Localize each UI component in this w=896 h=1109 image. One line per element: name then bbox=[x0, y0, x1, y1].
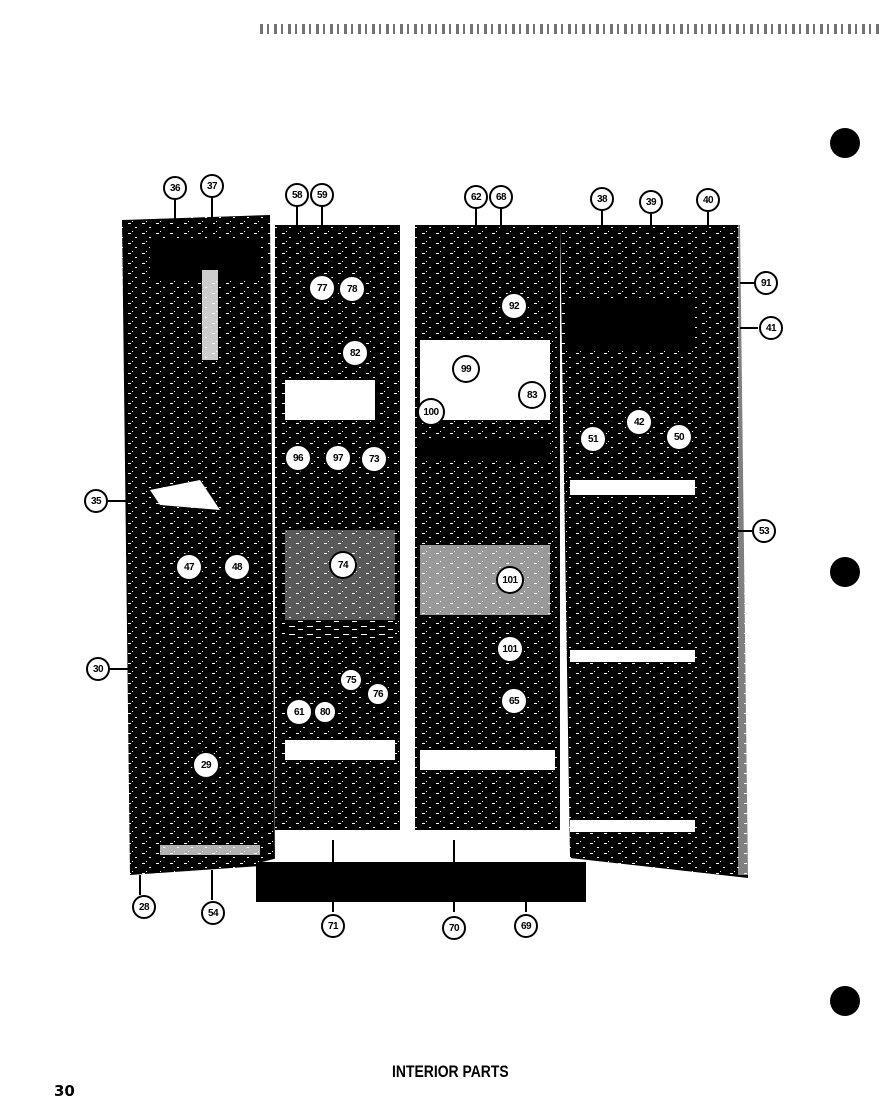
callout-29: 29 bbox=[194, 753, 218, 777]
callout-35: 35 bbox=[84, 489, 108, 513]
callout-37: 37 bbox=[200, 174, 224, 198]
callout-54: 54 bbox=[201, 901, 225, 925]
page-number: 30 bbox=[54, 1082, 75, 1100]
callout-73: 73 bbox=[362, 447, 386, 471]
callout-80: 80 bbox=[313, 700, 337, 724]
callout-61: 61 bbox=[287, 700, 311, 724]
callout-40: 40 bbox=[696, 188, 720, 212]
callout-51: 51 bbox=[581, 427, 605, 451]
callout-70: 70 bbox=[442, 916, 466, 940]
callout-41: 41 bbox=[759, 316, 783, 340]
callout-30: 30 bbox=[86, 657, 110, 681]
callout-78: 78 bbox=[340, 277, 364, 301]
callout-65: 65 bbox=[502, 689, 526, 713]
callout-59: 59 bbox=[310, 183, 334, 207]
callout-62: 62 bbox=[464, 185, 488, 209]
callout-75: 75 bbox=[339, 668, 363, 692]
callout-39: 39 bbox=[639, 190, 663, 214]
callout-97: 97 bbox=[326, 446, 350, 470]
callout-82: 82 bbox=[343, 341, 367, 365]
callout-74: 74 bbox=[331, 553, 355, 577]
callout-48: 48 bbox=[225, 555, 249, 579]
callout-28: 28 bbox=[132, 895, 156, 919]
callout-69: 69 bbox=[514, 914, 538, 938]
callout-77: 77 bbox=[310, 276, 334, 300]
callout-76: 76 bbox=[366, 682, 390, 706]
callout-92: 92 bbox=[502, 294, 526, 318]
callout-83: 83 bbox=[520, 383, 544, 407]
callout-101-lower: 101 bbox=[498, 637, 522, 661]
callout-38: 38 bbox=[590, 187, 614, 211]
callout-50: 50 bbox=[667, 425, 691, 449]
callout-36: 36 bbox=[163, 176, 187, 200]
callout-42: 42 bbox=[627, 410, 651, 434]
callout-101-upper: 101 bbox=[498, 568, 522, 592]
callout-47: 47 bbox=[177, 555, 201, 579]
callout-96: 96 bbox=[286, 446, 310, 470]
callout-99: 99 bbox=[454, 357, 478, 381]
refrigerator-interior-diagram bbox=[0, 0, 896, 1109]
callout-71: 71 bbox=[321, 914, 345, 938]
callout-53: 53 bbox=[752, 519, 776, 543]
callout-58: 58 bbox=[285, 183, 309, 207]
callout-68: 68 bbox=[489, 185, 513, 209]
callout-100: 100 bbox=[419, 400, 443, 424]
page-title: INTERIOR PARTS bbox=[392, 1062, 509, 1082]
callout-91: 91 bbox=[754, 271, 778, 295]
